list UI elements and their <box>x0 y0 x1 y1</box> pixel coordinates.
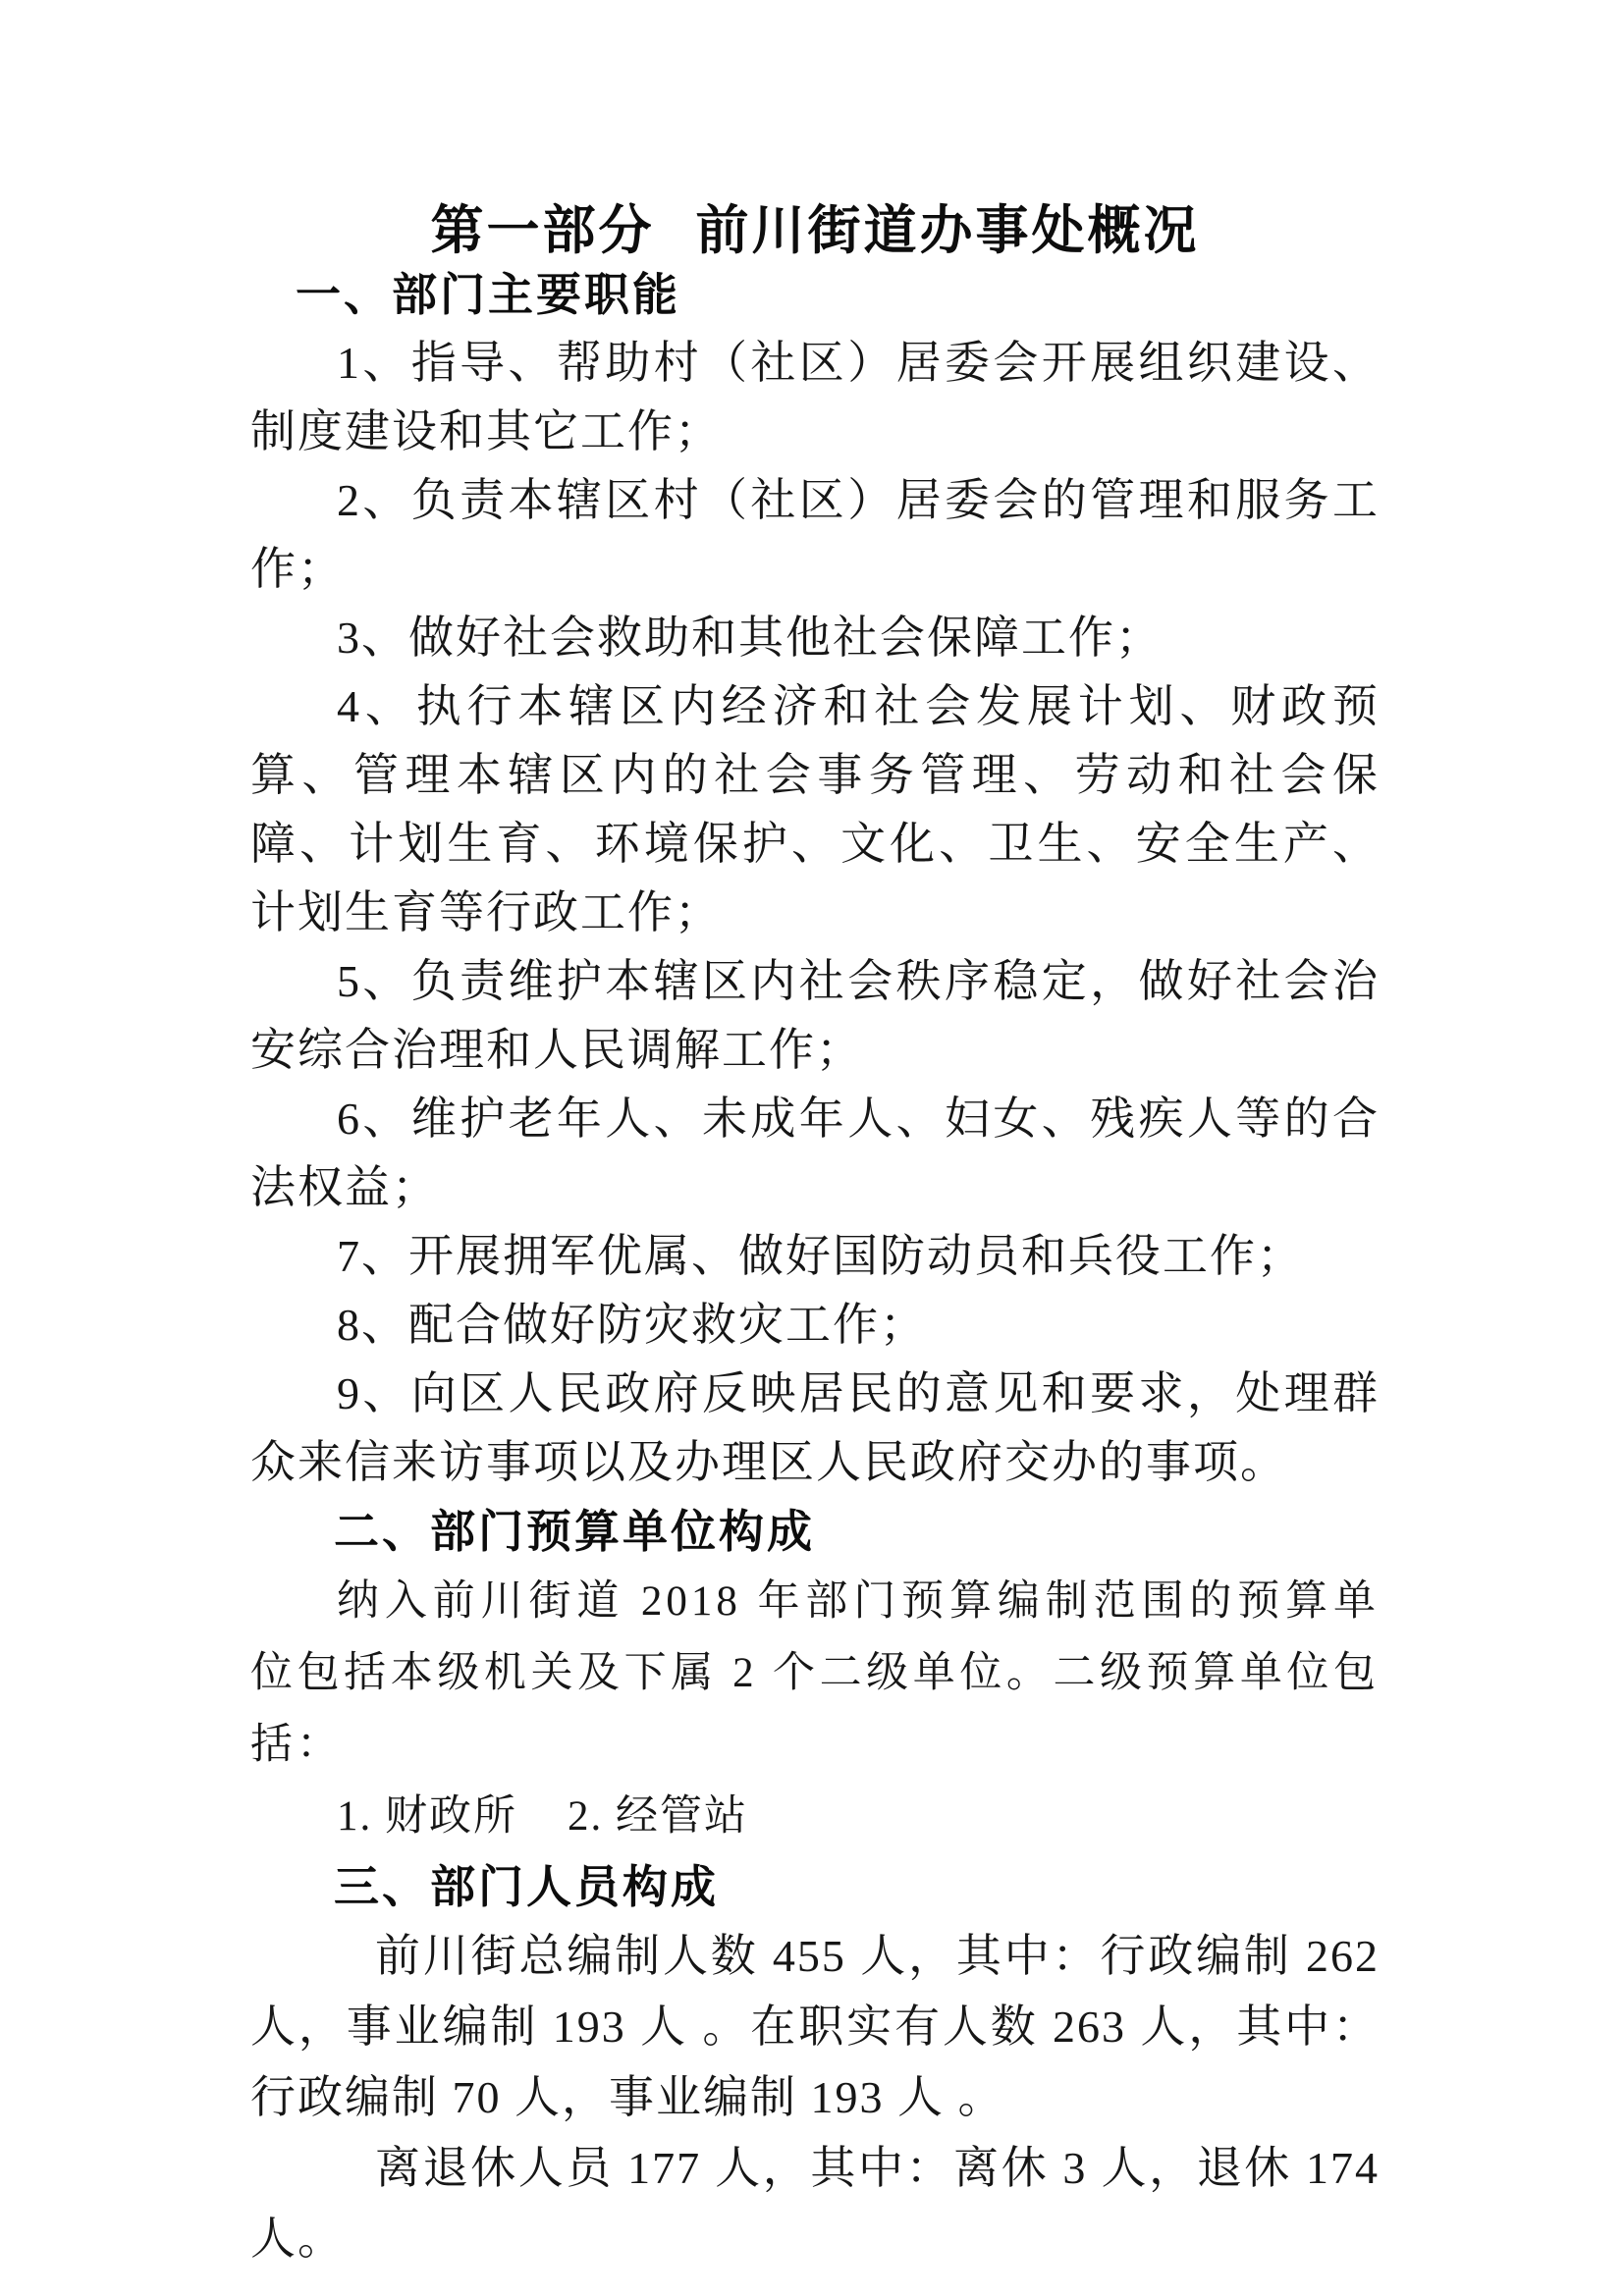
paragraph-function-1: 1、指导、帮助村（社区）居委会开展组织建设、制度建设和其它工作； <box>250 329 1380 466</box>
paragraph-retiree-counts: 离退休人员 177 人，其中：离休 3 人，退休 174 人。 <box>250 2133 1380 2274</box>
paragraph-budget-scope: 纳入前川街道 2018 年部门预算编制范围的预算单位包括本级机关及下属 2 个二… <box>250 1566 1380 1781</box>
document-page: 第一部分 前川街道办事处概况 一、部门主要职能 1、指导、帮助村（社区）居委会开… <box>0 0 1624 2296</box>
paragraph-budget-unit-list: 1. 财政所 2. 经管站 <box>250 1781 1380 1852</box>
section-heading-main-functions: 一、部门主要职能 <box>296 260 1380 329</box>
section-main-functions: 一、部门主要职能 1、指导、帮助村（社区）居委会开展组织建设、制度建设和其它工作… <box>250 260 1380 1497</box>
paragraph-staffing-counts: 前川街总编制人数 455 人，其中：行政编制 262 人，事业编制 193 人 … <box>250 1921 1380 2133</box>
section-heading-budget-units: 二、部门预算单位构成 <box>334 1497 1380 1566</box>
section-heading-personnel: 三、部门人员构成 <box>334 1852 1380 1921</box>
paragraph-function-4: 4、执行本辖区内经济和社会发展计划、财政预算、管理本辖区内的社会事务管理、劳动和… <box>250 672 1380 947</box>
paragraph-function-7: 7、开展拥军优属、做好国防动员和兵役工作； <box>250 1222 1380 1291</box>
paragraph-function-3: 3、做好社会救助和其他社会保障工作； <box>250 604 1380 672</box>
paragraph-function-6: 6、维护老年人、未成年人、妇女、残疾人等的合法权益； <box>250 1085 1380 1222</box>
page-title: 第一部分 前川街道办事处概况 <box>250 201 1380 260</box>
paragraph-function-8: 8、配合做好防灾救灾工作； <box>250 1291 1380 1360</box>
paragraph-function-5: 5、负责维护本辖区内社会秩序稳定，做好社会治安综合治理和人民调解工作； <box>250 947 1380 1085</box>
paragraph-function-2: 2、负责本辖区村（社区）居委会的管理和服务工作； <box>250 466 1380 604</box>
section-budget-units: 二、部门预算单位构成 纳入前川街道 2018 年部门预算编制范围的预算单位包括本… <box>250 1497 1380 1852</box>
section-personnel: 三、部门人员构成 前川街总编制人数 455 人，其中：行政编制 262 人，事业… <box>250 1852 1380 2274</box>
paragraph-function-9: 9、向区人民政府反映居民的意见和要求，处理群众来信来访事项以及办理区人民政府交办… <box>250 1360 1380 1497</box>
